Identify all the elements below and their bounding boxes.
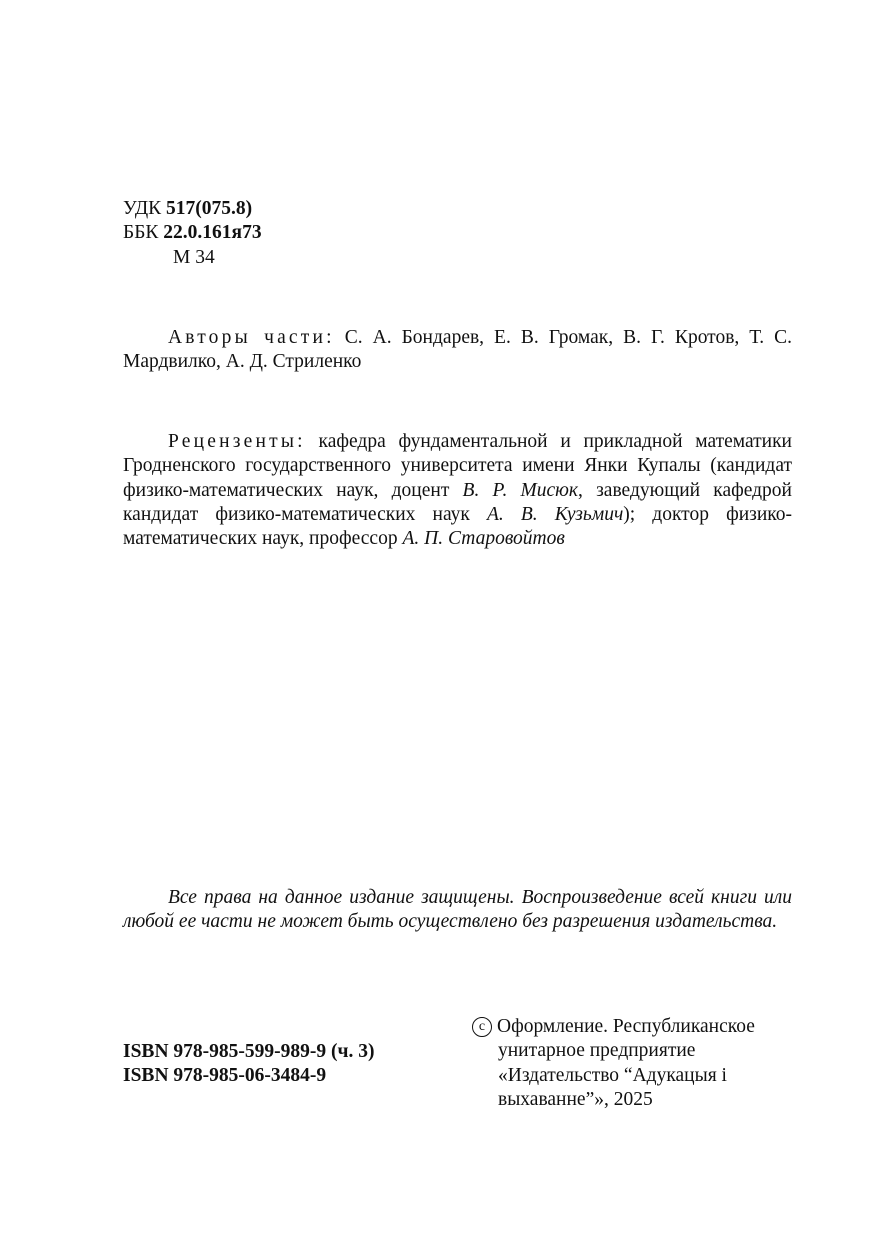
reviewer-name-3: А. П. Старовойтов	[402, 528, 564, 549]
udk-value: 517(075.8)	[166, 198, 252, 219]
copyright-first-row: c Оформление. Республиканское	[472, 1015, 792, 1039]
rights-paragraph: Все права на данное издание защищены. Во…	[123, 886, 792, 935]
udk-label: УДК	[123, 198, 161, 219]
author-mark: М 34	[123, 246, 523, 270]
reviewer-name-1: В. Р. Мисюк	[463, 480, 579, 501]
copyright-line-2: унитарное предприятие	[472, 1039, 792, 1063]
isbn-line-2: ISBN 978-985-06-3484-9	[123, 1064, 463, 1088]
book-imprint-page: УДК 517(075.8) ББК 22.0.161я73 М 34 Авто…	[0, 0, 895, 1240]
authors-label: Авторы части:	[168, 327, 335, 348]
authors-paragraph: Авторы части: С. А. Бондарев, Е. В. Гром…	[123, 326, 792, 375]
copyright-line-1: Оформление. Республиканское	[497, 1015, 755, 1039]
reviewers-paragraph: Рецензенты: кафедра фундаментальной и пр…	[123, 430, 792, 551]
bbk-line: ББК 22.0.161я73	[123, 221, 523, 245]
bbk-value: 22.0.161я73	[163, 222, 261, 243]
reviewers-label: Рецензенты:	[168, 431, 306, 452]
udk-line: УДК 517(075.8)	[123, 197, 523, 221]
classification-block: УДК 517(075.8) ББК 22.0.161я73 М 34	[123, 197, 523, 270]
reviewer-name-2: А. В. Кузьмич	[487, 504, 623, 525]
bbk-label: ББК	[123, 222, 158, 243]
isbn-line-1: ISBN 978-985-599-989-9 (ч. 3)	[123, 1040, 463, 1064]
copyright-block: c Оформление. Республиканское унитарное …	[472, 1015, 792, 1112]
copyright-line-4: выхаванне”», 2025	[472, 1088, 792, 1112]
copyright-line-3: «Издательство “Адукацыя і	[472, 1064, 792, 1088]
copyright-icon: c	[472, 1017, 492, 1037]
rights-text: Все права на данное издание защищены. Во…	[123, 887, 792, 932]
isbn-block: ISBN 978-985-599-989-9 (ч. 3) ISBN 978-9…	[123, 1040, 463, 1089]
